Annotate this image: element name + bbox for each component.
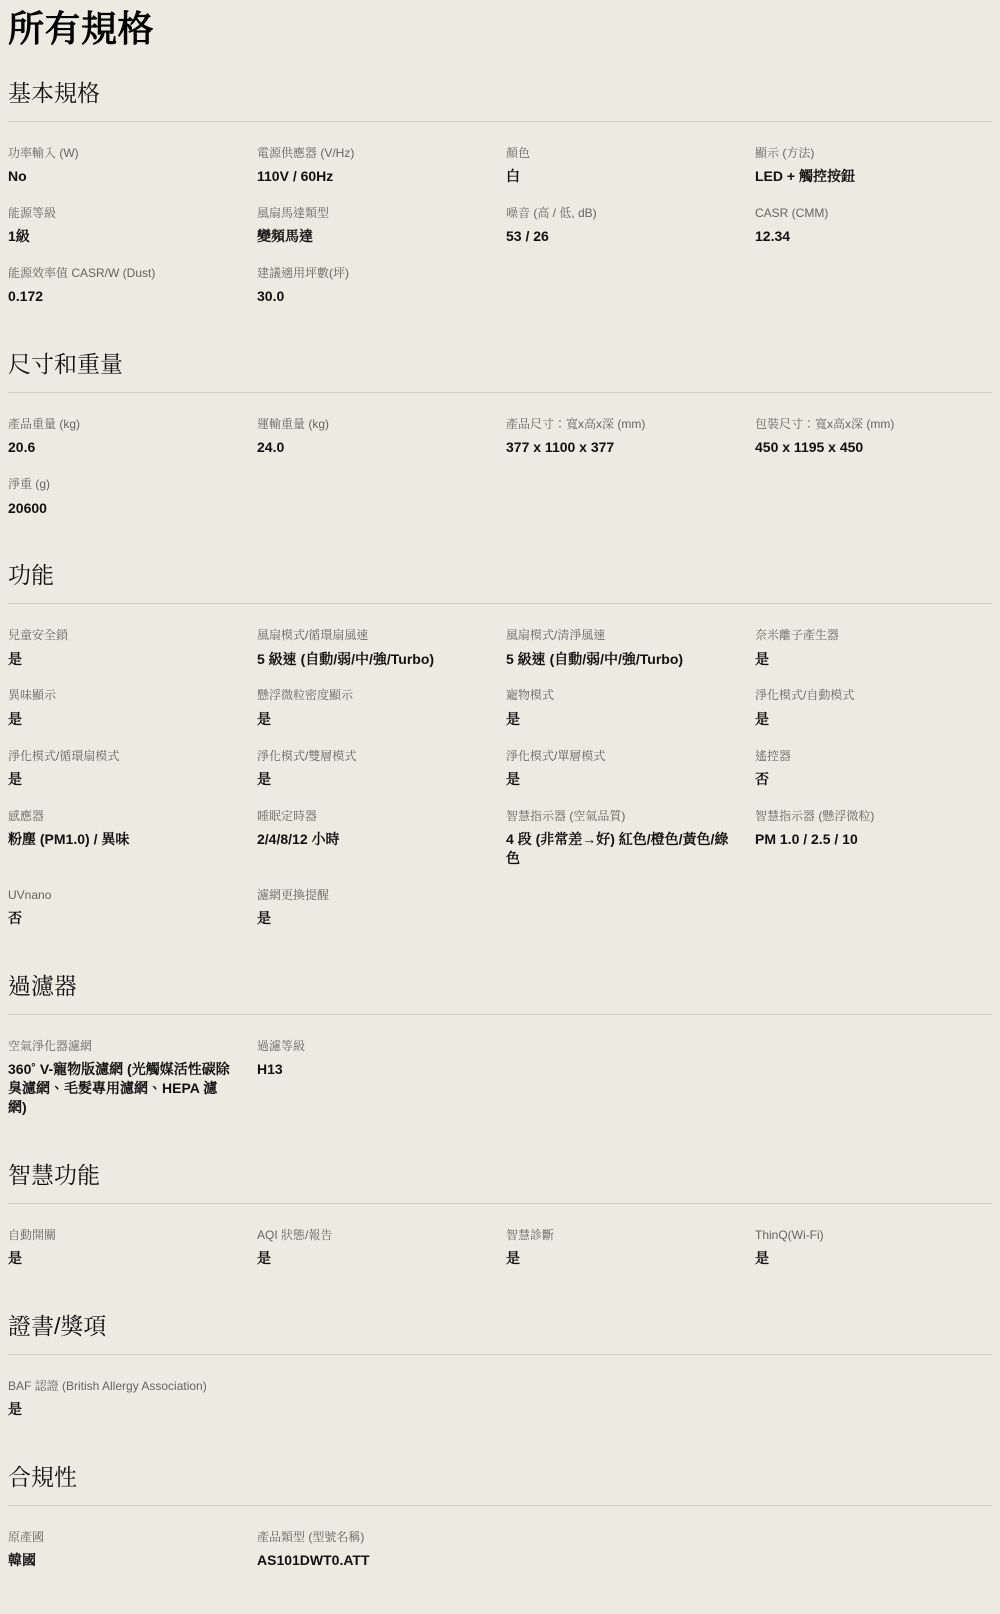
spec-label: 兒童安全鎖 (8, 627, 235, 643)
spec-value: 377 x 1100 x 377 (506, 438, 733, 457)
spec-value: 是 (755, 710, 982, 729)
spec-item: 產品類型 (型號名稱) AS101DWT0.ATT (257, 1524, 494, 1584)
spec-item: AQI 狀態/報告 是 (257, 1222, 494, 1282)
spec-value: 4 段 (非常差→好) 紅色/橙色/黃色/綠色 (506, 830, 733, 868)
spec-item: CASR (CMM) 12.34 (755, 200, 992, 260)
section-grid: 原產國 韓國 產品類型 (型號名稱) AS101DWT0.ATT (8, 1506, 992, 1584)
spec-value: 是 (506, 770, 733, 789)
spec-label: ThinQ(Wi-Fi) (755, 1227, 982, 1243)
spec-value: 是 (8, 1249, 235, 1268)
spec-value: 韓國 (8, 1551, 235, 1570)
spec-label: 原產國 (8, 1529, 235, 1545)
spec-item: 淨化模式/自動模式 是 (755, 682, 992, 742)
spec-item: UVnano 否 (8, 882, 245, 942)
section-title: 智慧功能 (8, 1157, 992, 1204)
spec-label: 能源效率值 CASR/W (Dust) (8, 265, 235, 281)
spec-label: 寵物模式 (506, 687, 733, 703)
spec-label: 睡眠定時器 (257, 808, 484, 824)
spec-item: 淨化模式/雙層模式 是 (257, 743, 494, 803)
spec-section: 基本規格 功率輸入 (W) No 電源供應器 (V/Hz) 110V / 60H… (8, 75, 992, 320)
spec-section: 尺寸和重量 產品重量 (kg) 20.6 運輸重量 (kg) 24.0 產品尺寸… (8, 346, 992, 531)
spec-label: 顯示 (方法) (755, 145, 982, 161)
spec-label: 濾網更換提醒 (257, 887, 484, 903)
spec-value: 是 (506, 1249, 733, 1268)
spec-value: 450 x 1195 x 450 (755, 438, 982, 457)
spec-value: 是 (8, 710, 235, 729)
spec-item: 智慧診斷 是 (506, 1222, 743, 1282)
spec-value: 20600 (8, 499, 235, 518)
spec-label: 顏色 (506, 145, 733, 161)
spec-item: 電源供應器 (V/Hz) 110V / 60Hz (257, 140, 494, 200)
spec-item: 產品尺寸：寬x高x深 (mm) 377 x 1100 x 377 (506, 411, 743, 471)
spec-item: 淨重 (g) 20600 (8, 471, 245, 531)
spec-section: 功能 兒童安全鎖 是 風扇模式/循環扇風速 5 級速 (自動/弱/中/強/Tur… (8, 557, 992, 941)
spec-item: 產品重量 (kg) 20.6 (8, 411, 245, 471)
section-title: 功能 (8, 557, 992, 604)
section-grid: BAF 認證 (British Allergy Association) 是 (8, 1355, 992, 1433)
spec-label: 淨化模式/循環扇模式 (8, 748, 235, 764)
spec-label: 感應器 (8, 808, 235, 824)
spec-label: 功率輸入 (W) (8, 145, 235, 161)
spec-value: 2/4/8/12 小時 (257, 830, 484, 849)
section-title: 過濾器 (8, 968, 992, 1015)
spec-label: 淨化模式/自動模式 (755, 687, 982, 703)
spec-section: 過濾器 空氣淨化器濾網 360˚ V-寵物版濾網 (光觸媒活性碳除臭濾網、毛髮專… (8, 968, 992, 1131)
spec-label: 淨重 (g) (8, 476, 235, 492)
section-title: 基本規格 (8, 75, 992, 122)
spec-item: 兒童安全鎖 是 (8, 622, 245, 682)
spec-section: 合規性 原產國 韓國 產品類型 (型號名稱) AS101DWT0.ATT (8, 1459, 992, 1584)
spec-value: 53 / 26 (506, 227, 733, 246)
spec-label: 淨化模式/單層模式 (506, 748, 733, 764)
spec-item: 能源效率值 CASR/W (Dust) 0.172 (8, 260, 245, 320)
spec-value: 是 (257, 909, 484, 928)
spec-value: 是 (8, 1400, 235, 1419)
spec-item: 自動開關 是 (8, 1222, 245, 1282)
spec-label: 包裝尺寸：寬x高x深 (mm) (755, 416, 982, 432)
spec-item: 智慧指示器 (懸浮微粒) PM 1.0 / 2.5 / 10 (755, 803, 992, 882)
spec-label: 噪音 (高 / 低, dB) (506, 205, 733, 221)
spec-label: 產品重量 (kg) (8, 416, 235, 432)
spec-item: 智慧指示器 (空氣品質) 4 段 (非常差→好) 紅色/橙色/黃色/綠色 (506, 803, 743, 882)
spec-item: ThinQ(Wi-Fi) 是 (755, 1222, 992, 1282)
spec-section: 智慧功能 自動開關 是 AQI 狀態/報告 是 智慧診斷 是 ThinQ(Wi-… (8, 1157, 992, 1282)
spec-value: 否 (8, 909, 235, 928)
spec-item: 感應器 粉塵 (PM1.0) / 異味 (8, 803, 245, 882)
spec-label: 能源等級 (8, 205, 235, 221)
spec-value: 20.6 (8, 438, 235, 457)
spec-item: 建議適用坪數(坪) 30.0 (257, 260, 494, 320)
spec-item: 奈米離子產生器 是 (755, 622, 992, 682)
spec-value: 1級 (8, 227, 235, 246)
spec-label: AQI 狀態/報告 (257, 1227, 484, 1243)
spec-label: 風扇模式/循環扇風速 (257, 627, 484, 643)
spec-item: 原產國 韓國 (8, 1524, 245, 1584)
spec-section: 證書/獎項 BAF 認證 (British Allergy Associatio… (8, 1308, 992, 1433)
spec-item: 風扇馬達類型 變頻馬達 (257, 200, 494, 260)
spec-value: H13 (257, 1060, 484, 1079)
spec-label: CASR (CMM) (755, 205, 982, 221)
section-title: 合規性 (8, 1459, 992, 1506)
spec-value: 是 (755, 650, 982, 669)
spec-item: 過濾等級 H13 (257, 1033, 494, 1131)
spec-item: 濾網更換提醒 是 (257, 882, 494, 942)
spec-item: 噪音 (高 / 低, dB) 53 / 26 (506, 200, 743, 260)
spec-item: 顯示 (方法) LED + 觸控按鈕 (755, 140, 992, 200)
spec-label: 產品類型 (型號名稱) (257, 1529, 484, 1545)
section-grid: 自動開關 是 AQI 狀態/報告 是 智慧診斷 是 ThinQ(Wi-Fi) 是 (8, 1204, 992, 1282)
spec-value: No (8, 167, 235, 186)
spec-value: 是 (257, 710, 484, 729)
spec-label: 智慧指示器 (空氣品質) (506, 808, 733, 824)
spec-value: 5 級速 (自動/弱/中/強/Turbo) (506, 650, 733, 669)
spec-label: 奈米離子產生器 (755, 627, 982, 643)
spec-value: 白 (506, 167, 733, 186)
section-grid: 產品重量 (kg) 20.6 運輸重量 (kg) 24.0 產品尺寸：寬x高x深… (8, 393, 992, 531)
spec-value: 0.172 (8, 287, 235, 306)
spec-value: 是 (8, 770, 235, 789)
spec-label: 建議適用坪數(坪) (257, 265, 484, 281)
section-grid: 空氣淨化器濾網 360˚ V-寵物版濾網 (光觸媒活性碳除臭濾網、毛髮專用濾網、… (8, 1015, 992, 1131)
spec-label: 風扇馬達類型 (257, 205, 484, 221)
spec-item: 能源等級 1級 (8, 200, 245, 260)
spec-label: 電源供應器 (V/Hz) (257, 145, 484, 161)
spec-label: 智慧診斷 (506, 1227, 733, 1243)
spec-label: 淨化模式/雙層模式 (257, 748, 484, 764)
spec-value: 變頻馬達 (257, 227, 484, 246)
spec-item: 淨化模式/單層模式 是 (506, 743, 743, 803)
page-title: 所有規格 (8, 6, 992, 51)
sections: 基本規格 功率輸入 (W) No 電源供應器 (V/Hz) 110V / 60H… (8, 75, 992, 1584)
spec-label: BAF 認證 (British Allergy Association) (8, 1378, 235, 1394)
spec-value: 30.0 (257, 287, 484, 306)
specs-page: 所有規格 基本規格 功率輸入 (W) No 電源供應器 (V/Hz) 110V … (0, 0, 1000, 1614)
spec-item: 懸浮微粒密度顯示 是 (257, 682, 494, 742)
spec-item: 風扇模式/清淨風速 5 級速 (自動/弱/中/強/Turbo) (506, 622, 743, 682)
spec-label: 遙控器 (755, 748, 982, 764)
spec-item: 睡眠定時器 2/4/8/12 小時 (257, 803, 494, 882)
spec-label: 懸浮微粒密度顯示 (257, 687, 484, 703)
section-grid: 功率輸入 (W) No 電源供應器 (V/Hz) 110V / 60Hz 顏色 … (8, 122, 992, 320)
spec-item: 寵物模式 是 (506, 682, 743, 742)
spec-item: 淨化模式/循環扇模式 是 (8, 743, 245, 803)
spec-label: 智慧指示器 (懸浮微粒) (755, 808, 982, 824)
spec-label: 自動開關 (8, 1227, 235, 1243)
spec-label: 運輸重量 (kg) (257, 416, 484, 432)
spec-item: 功率輸入 (W) No (8, 140, 245, 200)
spec-value: PM 1.0 / 2.5 / 10 (755, 830, 982, 849)
spec-value: AS101DWT0.ATT (257, 1551, 484, 1570)
spec-label: 異味顯示 (8, 687, 235, 703)
spec-value: 110V / 60Hz (257, 167, 484, 186)
spec-item: 運輸重量 (kg) 24.0 (257, 411, 494, 471)
spec-value: LED + 觸控按鈕 (755, 167, 982, 186)
spec-value: 是 (257, 1249, 484, 1268)
spec-value: 是 (506, 710, 733, 729)
spec-item: BAF 認證 (British Allergy Association) 是 (8, 1373, 245, 1433)
spec-value: 5 級速 (自動/弱/中/強/Turbo) (257, 650, 484, 669)
spec-label: 產品尺寸：寬x高x深 (mm) (506, 416, 733, 432)
spec-label: 風扇模式/清淨風速 (506, 627, 733, 643)
spec-label: 空氣淨化器濾網 (8, 1038, 235, 1054)
spec-value: 12.34 (755, 227, 982, 246)
spec-label: 過濾等級 (257, 1038, 484, 1054)
spec-label: UVnano (8, 887, 235, 903)
spec-value: 24.0 (257, 438, 484, 457)
spec-value: 否 (755, 770, 982, 789)
spec-item: 包裝尺寸：寬x高x深 (mm) 450 x 1195 x 450 (755, 411, 992, 471)
spec-item: 顏色 白 (506, 140, 743, 200)
spec-value: 是 (755, 1249, 982, 1268)
spec-value: 是 (8, 650, 235, 669)
spec-item: 遙控器 否 (755, 743, 992, 803)
section-title: 尺寸和重量 (8, 346, 992, 393)
section-title: 證書/獎項 (8, 1308, 992, 1355)
spec-item: 風扇模式/循環扇風速 5 級速 (自動/弱/中/強/Turbo) (257, 622, 494, 682)
spec-value: 是 (257, 770, 484, 789)
spec-value: 360˚ V-寵物版濾網 (光觸媒活性碳除臭濾網、毛髮專用濾網、HEPA 濾網) (8, 1060, 235, 1117)
spec-value: 粉塵 (PM1.0) / 異味 (8, 830, 235, 849)
section-grid: 兒童安全鎖 是 風扇模式/循環扇風速 5 級速 (自動/弱/中/強/Turbo)… (8, 604, 992, 941)
spec-item: 空氣淨化器濾網 360˚ V-寵物版濾網 (光觸媒活性碳除臭濾網、毛髮專用濾網、… (8, 1033, 245, 1131)
spec-item: 異味顯示 是 (8, 682, 245, 742)
